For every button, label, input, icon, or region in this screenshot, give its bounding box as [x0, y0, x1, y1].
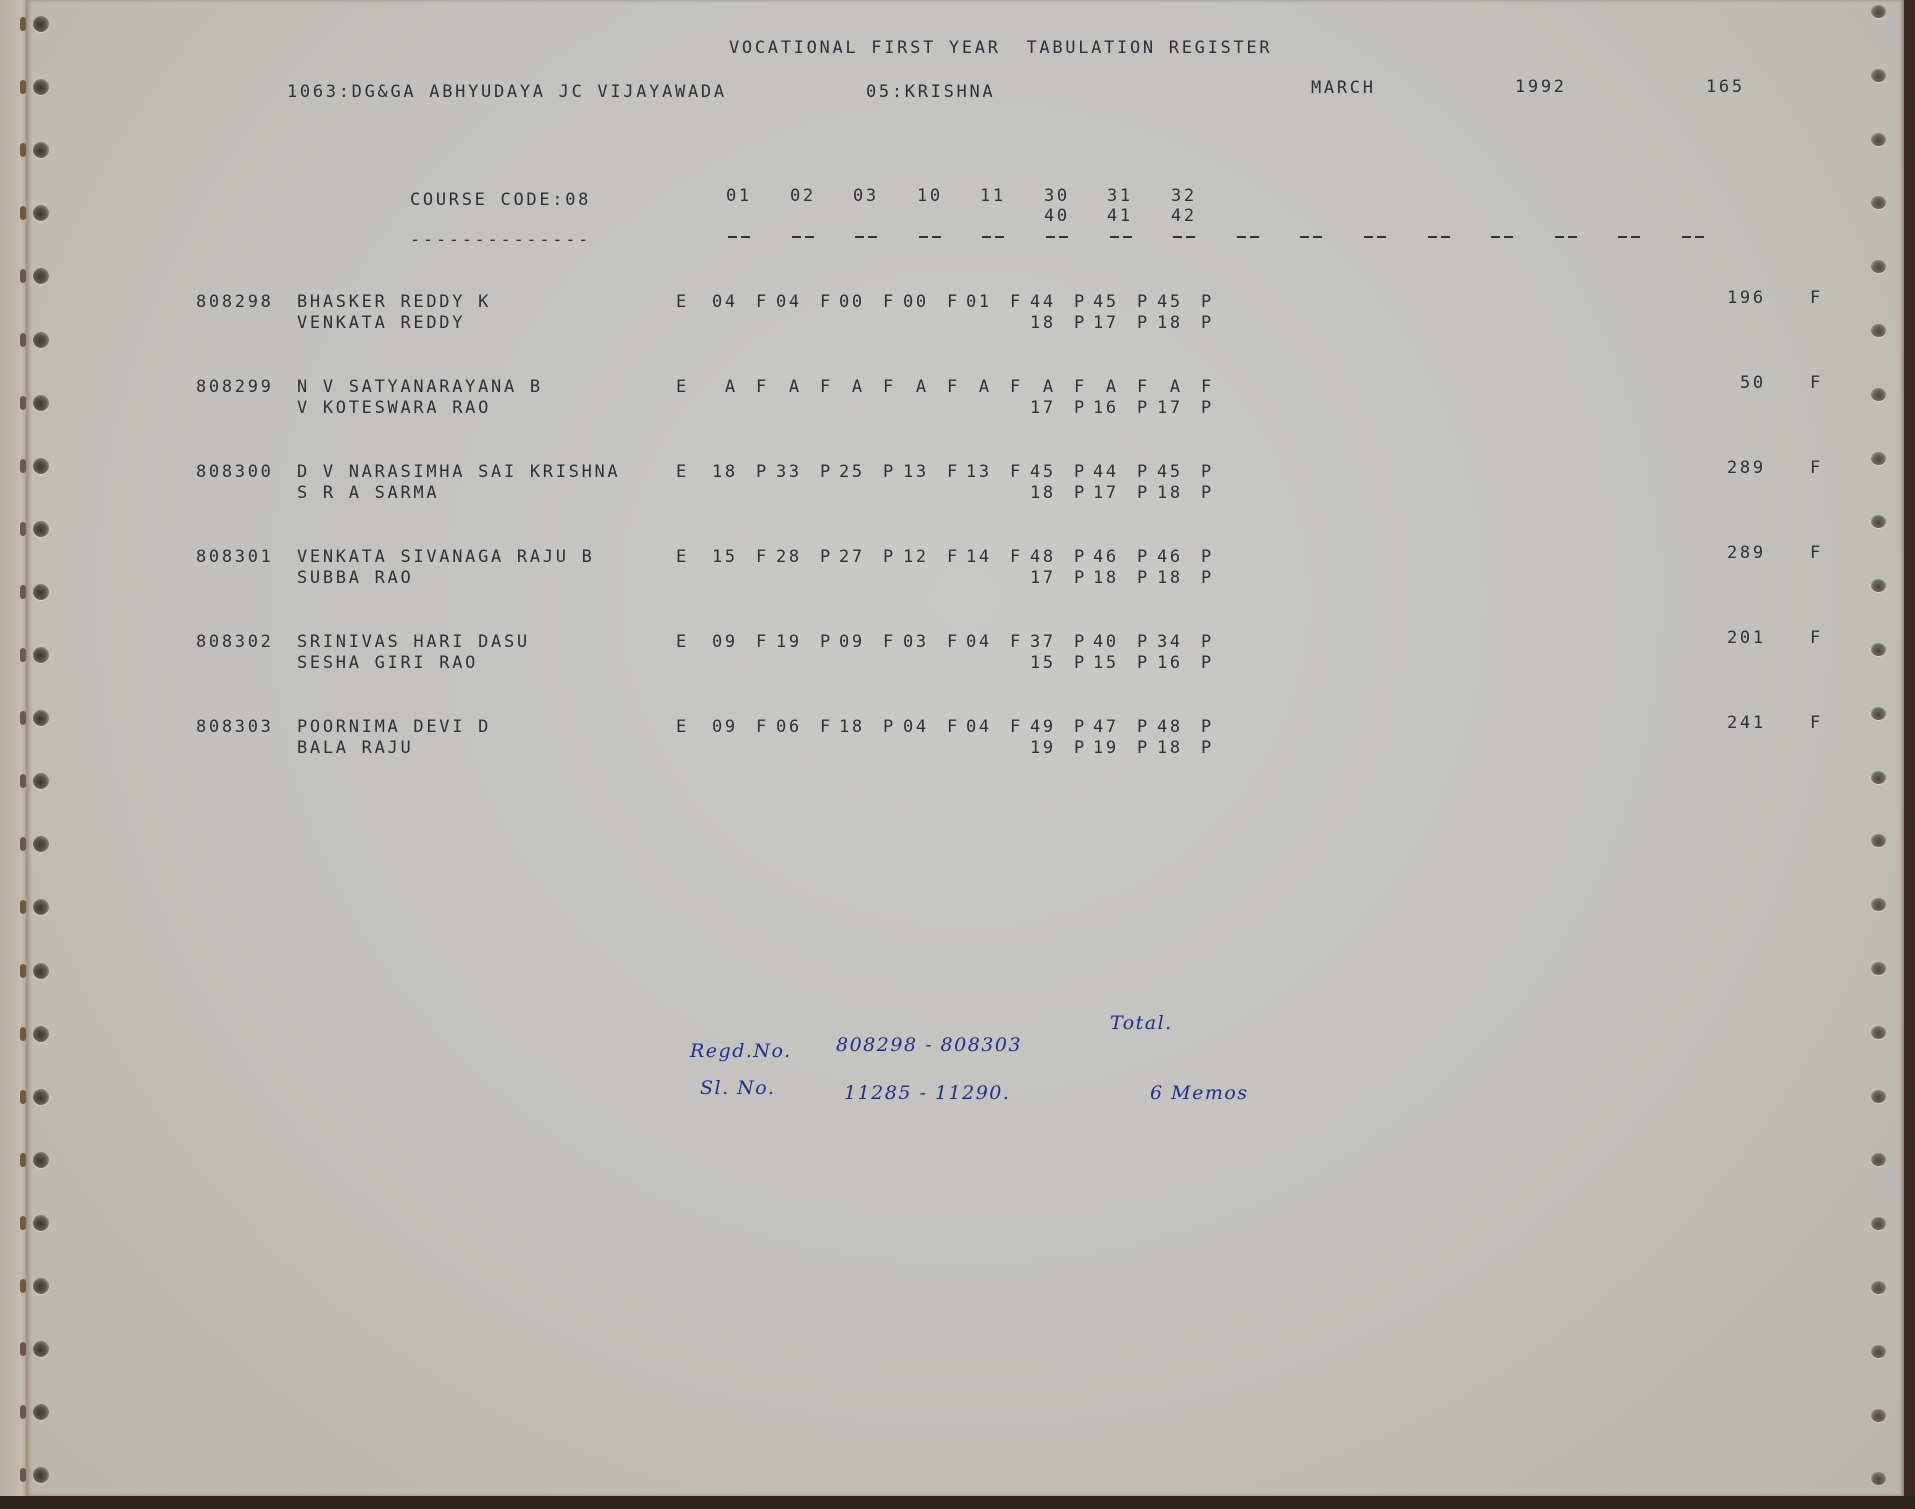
subject-grade: F	[947, 377, 960, 397]
subject-mark: 45	[1157, 462, 1183, 482]
subject-grade: F	[1010, 547, 1023, 567]
subject-grade: F	[947, 632, 960, 652]
sprocket-hole-left	[33, 16, 49, 32]
subject-grade: P	[883, 717, 896, 737]
subject-mark: 04	[966, 632, 992, 652]
column-dash	[741, 236, 750, 238]
binder-ring	[20, 80, 26, 94]
father-name: VENKATA REDDY	[297, 313, 465, 333]
subject-mark: A	[1157, 377, 1183, 397]
subject-mark: 04	[966, 717, 992, 737]
serial-no-range: 11285 - 11290.	[844, 1082, 1010, 1104]
binder-ring	[20, 459, 26, 473]
subject-mark: A	[1093, 377, 1119, 397]
regd-no: 808298	[196, 292, 274, 312]
subject-mark: 33	[776, 462, 802, 482]
subject-mark: A	[776, 377, 802, 397]
sprocket-hole-left	[33, 584, 49, 600]
binder-ring	[20, 585, 26, 599]
student-name: N V SATYANARAYANA B	[297, 377, 543, 397]
subject-grade: F	[947, 717, 960, 737]
sprocket-hole-left	[33, 1215, 49, 1231]
subject-grade: P	[1201, 462, 1214, 482]
column-dash	[1682, 236, 1691, 238]
binder-ring	[20, 1027, 26, 1041]
binder-ring	[20, 774, 26, 788]
column-dash	[855, 236, 864, 238]
subject-code: 30	[1044, 186, 1070, 206]
subject-code: 31	[1107, 186, 1133, 206]
column-dash	[792, 236, 801, 238]
medium: E	[676, 547, 689, 567]
subject-mark: 04	[712, 292, 738, 312]
exam-month: MARCH	[1311, 78, 1376, 98]
student-name: POORNIMA DEVI D	[297, 717, 491, 737]
subject-grade: F	[947, 547, 960, 567]
practical-grade: P	[1074, 568, 1087, 588]
subject-code: 11	[980, 186, 1006, 206]
student-name: D V NARASIMHA SAI KRISHNA	[297, 462, 620, 482]
practical-grade: P	[1137, 398, 1150, 418]
column-dash	[1237, 236, 1246, 238]
subject-mark: 48	[1030, 547, 1056, 567]
column-dash	[1364, 236, 1373, 238]
subject-grade: P	[1074, 717, 1087, 737]
father-name: BALA RAJU	[297, 738, 413, 758]
practical-grade: P	[1201, 738, 1214, 758]
father-name: SESHA GIRI RAO	[297, 653, 478, 673]
sprocket-hole-right	[1871, 643, 1886, 656]
subject-code: 01	[726, 186, 752, 206]
sprocket-hole-right	[1871, 1090, 1886, 1103]
subject-mark: 45	[1030, 462, 1056, 482]
practical-grade: P	[1137, 483, 1150, 503]
overall-result: F	[1810, 288, 1823, 308]
subject-grade: F	[1074, 377, 1087, 397]
student-name: BHASKER REDDY K	[297, 292, 491, 312]
subject-mark: 03	[903, 632, 929, 652]
subject-mark: 48	[1157, 717, 1183, 737]
column-dash	[1377, 236, 1386, 238]
sprocket-hole-right	[1871, 707, 1886, 720]
regd-no: 808303	[196, 717, 274, 737]
subject-grade: F	[883, 377, 896, 397]
column-dash	[1441, 236, 1450, 238]
subject-mark: A	[712, 377, 738, 397]
subject-mark: 00	[839, 292, 865, 312]
subject-grade: F	[820, 377, 833, 397]
column-dash	[1568, 236, 1577, 238]
sprocket-hole-left	[33, 710, 49, 726]
subject-grade: F	[756, 717, 769, 737]
total-label: Total.	[1110, 1012, 1173, 1034]
column-dash	[805, 236, 814, 238]
practical-mark: 17	[1030, 398, 1056, 418]
medium: E	[676, 292, 689, 312]
practical-mark: 15	[1030, 653, 1056, 673]
subject-mark: A	[1030, 377, 1056, 397]
sprocket-hole-right	[1871, 69, 1886, 82]
practical-mark: 16	[1157, 653, 1183, 673]
column-dash	[1313, 236, 1322, 238]
subject-mark: A	[966, 377, 992, 397]
overall-result: F	[1810, 373, 1823, 393]
subject-grade: P	[756, 462, 769, 482]
column-dash	[1428, 236, 1437, 238]
column-dash	[919, 236, 928, 238]
subject-code: 32	[1171, 186, 1197, 206]
serial-no-label: Sl. No.	[700, 1077, 775, 1099]
regd-no: 808301	[196, 547, 274, 567]
student-name: VENKATA SIVANAGA RAJU B	[297, 547, 595, 567]
binder-ring	[20, 522, 26, 536]
sprocket-hole-left	[33, 458, 49, 474]
sprocket-hole-right	[1871, 962, 1886, 975]
subject-mark: 09	[839, 632, 865, 652]
binder-ring	[20, 1279, 26, 1293]
regd-no: 808299	[196, 377, 274, 397]
column-dash	[1555, 236, 1564, 238]
column-dash	[1059, 236, 1068, 238]
subject-mark: A	[903, 377, 929, 397]
subject-grade: P	[883, 547, 896, 567]
sprocket-hole-left	[33, 1278, 49, 1294]
total-memos: 6 Memos	[1150, 1082, 1249, 1104]
subject-grade: F	[756, 547, 769, 567]
binder-ring	[20, 837, 26, 851]
column-dash	[868, 236, 877, 238]
subject-code-secondary: 40	[1044, 206, 1070, 226]
practical-mark: 18	[1157, 313, 1183, 333]
subject-code: 10	[917, 186, 943, 206]
column-dash	[1300, 236, 1309, 238]
regd-no: 808300	[196, 462, 274, 482]
medium: E	[676, 632, 689, 652]
subject-grade: F	[1201, 377, 1214, 397]
practical-grade: P	[1201, 398, 1214, 418]
sprocket-hole-right	[1871, 1281, 1886, 1294]
subject-mark: 06	[776, 717, 802, 737]
subject-mark: 44	[1030, 292, 1056, 312]
subject-code-secondary: 41	[1107, 206, 1133, 226]
sprocket-hole-right	[1871, 452, 1886, 465]
subject-mark: A	[839, 377, 865, 397]
practical-mark: 18	[1157, 483, 1183, 503]
college-name: 1063:DG&GA ABHYUDAYA JC VIJAYAWADA	[287, 82, 727, 102]
subject-grade: P	[883, 462, 896, 482]
course-code-underline: --------------	[410, 230, 591, 250]
practical-mark: 18	[1157, 568, 1183, 588]
subject-mark: 13	[903, 462, 929, 482]
practical-grade: P	[1074, 483, 1087, 503]
binder-ring	[20, 17, 26, 31]
column-dash	[1123, 236, 1132, 238]
subject-grade: P	[1137, 292, 1150, 312]
subject-grade: P	[1137, 717, 1150, 737]
practical-mark: 17	[1093, 313, 1119, 333]
binder-ring	[20, 1153, 26, 1167]
overall-result: F	[1810, 628, 1823, 648]
sprocket-hole-right	[1871, 324, 1886, 337]
subject-grade: F	[1010, 632, 1023, 652]
subject-grade: P	[1201, 632, 1214, 652]
subject-code: 02	[790, 186, 816, 206]
sprocket-hole-left	[33, 332, 49, 348]
subject-grade: P	[1074, 632, 1087, 652]
binder-ring	[20, 396, 26, 410]
practical-grade: P	[1074, 653, 1087, 673]
practical-grade: P	[1074, 738, 1087, 758]
subject-grade: P	[820, 632, 833, 652]
binder-ring	[20, 1090, 26, 1104]
father-name: S R A SARMA	[297, 483, 439, 503]
practical-grade: P	[1137, 738, 1150, 758]
subject-mark: 28	[776, 547, 802, 567]
practical-mark: 18	[1093, 568, 1119, 588]
practical-grade: P	[1074, 398, 1087, 418]
sheet-bottom-edge	[0, 1496, 1915, 1509]
medium: E	[676, 717, 689, 737]
practical-mark: 19	[1093, 738, 1119, 758]
column-dash	[728, 236, 737, 238]
subject-grade: P	[1074, 547, 1087, 567]
practical-grade: P	[1201, 313, 1214, 333]
sprocket-hole-right	[1871, 1409, 1886, 1422]
column-dash	[1504, 236, 1513, 238]
subject-grade: F	[947, 462, 960, 482]
sprocket-hole-left	[33, 963, 49, 979]
binder-ring	[20, 1405, 26, 1419]
subject-mark: 49	[1030, 717, 1056, 737]
binder-ring	[20, 333, 26, 347]
subject-mark: 15	[712, 547, 738, 567]
register-title: VOCATIONAL FIRST YEAR TABULATION REGISTE…	[729, 38, 1272, 58]
subject-mark: 45	[1093, 292, 1119, 312]
subject-mark: 19	[776, 632, 802, 652]
column-dash	[1631, 236, 1640, 238]
column-dash	[1186, 236, 1195, 238]
sprocket-hole-left	[33, 395, 49, 411]
subject-mark: 34	[1157, 632, 1183, 652]
sprocket-hole-left	[33, 647, 49, 663]
sprocket-hole-right	[1871, 133, 1886, 146]
practical-mark: 17	[1093, 483, 1119, 503]
binder-ring	[20, 269, 26, 283]
subject-grade: F	[756, 377, 769, 397]
exam-year: 1992	[1515, 77, 1567, 97]
overall-result: F	[1810, 458, 1823, 478]
practical-grade: P	[1137, 313, 1150, 333]
district-name: 05:KRISHNA	[866, 82, 995, 102]
subject-grade: P	[1137, 632, 1150, 652]
subject-mark: 14	[966, 547, 992, 567]
subject-grade: F	[820, 292, 833, 312]
subject-mark: 09	[712, 717, 738, 737]
total-marks: 196	[1727, 288, 1766, 308]
practical-grade: P	[1137, 653, 1150, 673]
binder-ring	[20, 1342, 26, 1356]
practical-mark: 15	[1093, 653, 1119, 673]
column-dash	[1250, 236, 1259, 238]
practical-mark: 16	[1093, 398, 1119, 418]
column-dash	[1110, 236, 1119, 238]
subject-mark: 04	[776, 292, 802, 312]
subject-mark: 44	[1093, 462, 1119, 482]
subject-code-secondary: 42	[1171, 206, 1197, 226]
practical-mark: 18	[1030, 483, 1056, 503]
subject-mark: 00	[903, 292, 929, 312]
regd-no: 808302	[196, 632, 274, 652]
subject-mark: 45	[1157, 292, 1183, 312]
binder-ring	[20, 206, 26, 220]
subject-grade: P	[1137, 462, 1150, 482]
regd-no-label: Regd.No.	[690, 1040, 792, 1062]
subject-grade: P	[1074, 292, 1087, 312]
subject-grade: P	[1137, 547, 1150, 567]
sprocket-hole-left	[33, 1152, 49, 1168]
subject-grade: F	[756, 632, 769, 652]
sprocket-hole-left	[33, 1341, 49, 1357]
subject-mark: 47	[1093, 717, 1119, 737]
subject-grade: F	[1137, 377, 1150, 397]
subject-grade: P	[1201, 292, 1214, 312]
subject-mark: 46	[1093, 547, 1119, 567]
sprocket-hole-right	[1871, 5, 1886, 18]
column-dash	[1491, 236, 1500, 238]
subject-grade: P	[820, 547, 833, 567]
total-marks: 289	[1727, 543, 1766, 563]
sprocket-hole-right	[1871, 771, 1886, 784]
overall-result: F	[1810, 543, 1823, 563]
binder-ring	[20, 143, 26, 157]
total-marks: 50	[1740, 373, 1766, 393]
subject-mark: 18	[839, 717, 865, 737]
subject-code: 03	[853, 186, 879, 206]
column-dash	[982, 236, 991, 238]
medium: E	[676, 377, 689, 397]
overall-result: F	[1810, 713, 1823, 733]
subject-grade: P	[1074, 462, 1087, 482]
column-dash	[1046, 236, 1055, 238]
subject-grade: F	[1010, 377, 1023, 397]
total-marks: 241	[1727, 713, 1766, 733]
subject-mark: 25	[839, 462, 865, 482]
practical-mark: 17	[1030, 568, 1056, 588]
sprocket-hole-right	[1871, 388, 1886, 401]
subject-mark: 01	[966, 292, 992, 312]
subject-mark: 04	[903, 717, 929, 737]
course-code-label: COURSE CODE:08	[410, 190, 591, 210]
practical-grade: P	[1201, 653, 1214, 673]
total-marks: 289	[1727, 458, 1766, 478]
binder-ring	[20, 1216, 26, 1230]
student-name: SRINIVAS HARI DASU	[297, 632, 530, 652]
sprocket-hole-left	[33, 1089, 49, 1105]
tabulation-sheet: VOCATIONAL FIRST YEAR TABULATION REGISTE…	[26, 0, 1904, 1496]
practical-grade: P	[1074, 313, 1087, 333]
column-dash	[1695, 236, 1704, 238]
total-marks: 201	[1727, 628, 1766, 648]
sprocket-hole-left	[33, 79, 49, 95]
practical-mark: 18	[1030, 313, 1056, 333]
father-name: SUBBA RAO	[297, 568, 413, 588]
sprocket-hole-right	[1871, 1345, 1886, 1358]
subject-mark: 46	[1157, 547, 1183, 567]
page-number: 165	[1706, 77, 1745, 97]
column-dash	[932, 236, 941, 238]
column-dash	[1173, 236, 1182, 238]
practical-grade: P	[1201, 568, 1214, 588]
column-dash	[1618, 236, 1627, 238]
medium: E	[676, 462, 689, 482]
sprocket-hole-right	[1871, 1026, 1886, 1039]
subject-mark: 40	[1093, 632, 1119, 652]
binder-ring	[20, 711, 26, 725]
sheet-right-edge	[1904, 0, 1915, 1509]
subject-grade: P	[820, 462, 833, 482]
subject-mark: 27	[839, 547, 865, 567]
practical-grade: P	[1201, 483, 1214, 503]
binder-ring	[20, 964, 26, 978]
practical-mark: 18	[1157, 738, 1183, 758]
subject-mark: 12	[903, 547, 929, 567]
sprocket-hole-left	[33, 521, 49, 537]
practical-mark: 19	[1030, 738, 1056, 758]
sprocket-hole-left	[33, 1026, 49, 1042]
subject-grade: F	[1010, 462, 1023, 482]
practical-mark: 17	[1157, 398, 1183, 418]
binder-ring	[20, 648, 26, 662]
practical-grade: P	[1137, 568, 1150, 588]
subject-mark: 13	[966, 462, 992, 482]
binder-ring	[20, 900, 26, 914]
subject-grade: P	[1201, 547, 1214, 567]
subject-mark: 09	[712, 632, 738, 652]
subject-grade: F	[1010, 717, 1023, 737]
column-dash	[995, 236, 1004, 238]
subject-grade: F	[883, 292, 896, 312]
subject-mark: 37	[1030, 632, 1056, 652]
subject-grade: F	[756, 292, 769, 312]
father-name: V KOTESWARA RAO	[297, 398, 491, 418]
binder-ring	[20, 1468, 26, 1482]
subject-grade: F	[1010, 292, 1023, 312]
subject-grade: F	[883, 632, 896, 652]
regd-no-range: 808298 - 808303	[836, 1034, 1022, 1056]
subject-mark: 18	[712, 462, 738, 482]
subject-grade: F	[820, 717, 833, 737]
subject-grade: P	[1201, 717, 1214, 737]
subject-grade: F	[947, 292, 960, 312]
